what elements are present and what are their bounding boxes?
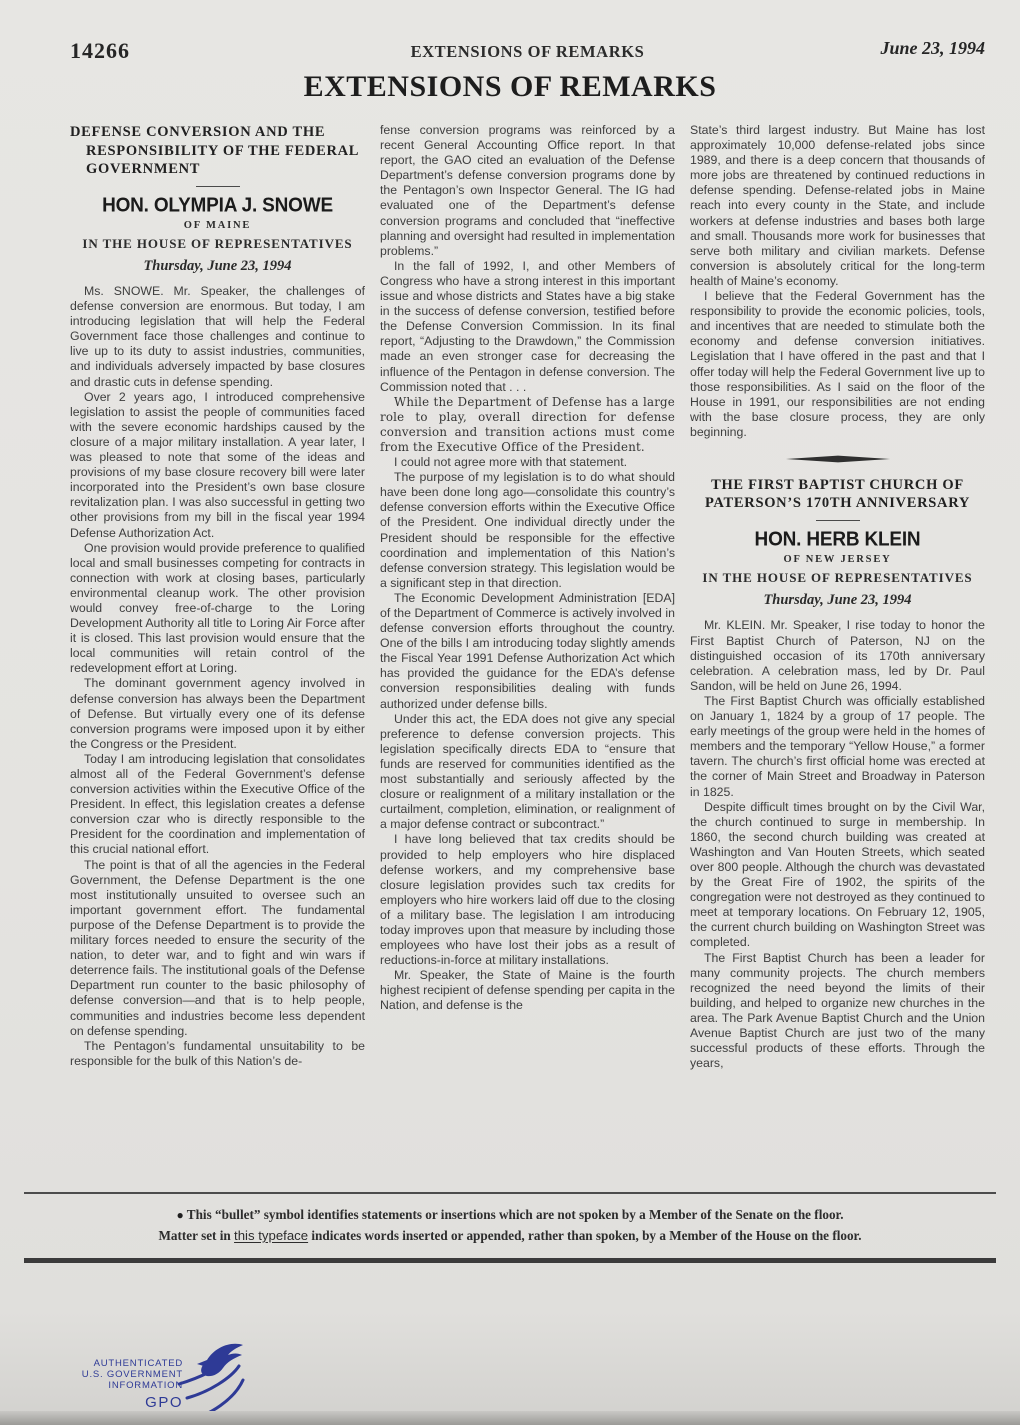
paragraph: The First Baptist Church was officially … <box>690 694 985 800</box>
paragraph: The Economic Development Administration … <box>380 591 675 712</box>
session-date: Thursday, June 23, 1994 <box>690 592 985 609</box>
running-date: June 23, 1994 <box>880 38 985 59</box>
paragraph-continuation: fense conversion programs was reinforced… <box>380 123 675 259</box>
footer-note-2-suffix: indicates words inserted or appended, ra… <box>308 1228 861 1243</box>
paragraph: In the fall of 1992, I, and other Member… <box>380 259 675 395</box>
paragraph: The purpose of my legislation is to do w… <box>380 470 675 591</box>
column-3: State’s third largest industry. But Main… <box>690 123 985 1185</box>
footer-note-2: Matter set in this typeface indicates wo… <box>90 1227 930 1244</box>
paragraph: The point is that of all the agencies in… <box>70 858 365 1039</box>
gpo-text: AUTHENTICATED U.S. GOVERNMENT INFORMATIO… <box>55 1358 183 1391</box>
section-divider <box>786 455 890 463</box>
block-quote: While the Department of Defense has a la… <box>380 395 675 455</box>
column-1: DEFENSE CONVERSION AND THE RESPONSIBILIT… <box>70 123 365 1185</box>
gpo-text-line: INFORMATION <box>55 1380 183 1391</box>
paragraph: Under this act, the EDA does not give an… <box>380 712 675 833</box>
gpo-acronym: GPO <box>55 1394 183 1411</box>
page-title: EXTENSIONS OF REMARKS <box>0 70 1020 104</box>
footer-note-1-text: This “bullet” symbol identifies statemen… <box>187 1207 844 1222</box>
chamber-line: IN THE HOUSE OF REPRESENTATIVES <box>690 570 985 586</box>
chamber-line: IN THE HOUSE OF REPRESENTATIVES <box>70 236 365 252</box>
article-title: DEFENSE CONVERSION AND THE RESPONSIBILIT… <box>70 123 365 179</box>
page-bottom-edge <box>0 1411 1020 1425</box>
footer-note-1: ● This “bullet” symbol identifies statem… <box>90 1206 930 1224</box>
paragraph: Today I am introducing legislation that … <box>70 752 365 858</box>
paragraph: The dominant government agency involved … <box>70 676 365 751</box>
paragraph: Mr. KLEIN. Mr. Speaker, I rise today to … <box>690 618 985 693</box>
paragraph: I have long believed that tax credits sh… <box>380 832 675 968</box>
article-title: THE FIRST BAPTIST CHURCH OF PATERSON’S 1… <box>690 476 985 513</box>
running-head: EXTENSIONS OF REMARKS <box>70 42 985 62</box>
speaker-name: HON. OLYMPIA J. SNOWE <box>70 194 365 218</box>
speaker-state: OF MAINE <box>70 220 365 231</box>
paragraph: I could not agree more with that stateme… <box>380 455 675 470</box>
column-2: fense conversion programs was reinforced… <box>380 123 675 1185</box>
paragraph: Over 2 years ago, I introduced comprehen… <box>70 390 365 541</box>
gpo-seal: AUTHENTICATED U.S. GOVERNMENT INFORMATIO… <box>55 1346 265 1421</box>
title-rule <box>816 520 860 522</box>
gpo-text-line: U.S. GOVERNMENT <box>55 1369 183 1380</box>
paragraph-continuation: State’s third largest industry. But Main… <box>690 123 985 289</box>
gpo-text-line: AUTHENTICATED <box>55 1358 183 1369</box>
text-columns: DEFENSE CONVERSION AND THE RESPONSIBILIT… <box>70 123 985 1185</box>
bullet-icon: ● <box>176 1208 183 1222</box>
paragraph: One provision would provide preference t… <box>70 541 365 677</box>
paragraph: Despite difficult times brought on by th… <box>690 800 985 951</box>
paragraph: The Pentagon’s fundamental unsuitability… <box>70 1039 365 1069</box>
paragraph: Ms. SNOWE. Mr. Speaker, the challenges o… <box>70 284 365 390</box>
session-date: Thursday, June 23, 1994 <box>70 258 365 275</box>
page-header: 14266 EXTENSIONS OF REMARKS June 23, 199… <box>70 36 985 70</box>
paragraph: Mr. Speaker, the State of Maine is the f… <box>380 968 675 1013</box>
speaker-name: HON. HERB KLEIN <box>690 529 985 553</box>
typeface-sample: this typeface <box>234 1228 308 1243</box>
title-rule <box>196 186 240 188</box>
footer-note-box: ● This “bullet” symbol identifies statem… <box>24 1192 996 1263</box>
footer-note-2-prefix: Matter set in <box>158 1228 234 1243</box>
paragraph: The First Baptist Church has been a lead… <box>690 951 985 1072</box>
article-church-heading: THE FIRST BAPTIST CHURCH OF PATERSON’S 1… <box>690 476 985 610</box>
paragraph: I believe that the Federal Government ha… <box>690 289 985 440</box>
article-defense-heading: DEFENSE CONVERSION AND THE RESPONSIBILIT… <box>70 123 365 275</box>
speaker-state: OF NEW JERSEY <box>690 554 985 565</box>
